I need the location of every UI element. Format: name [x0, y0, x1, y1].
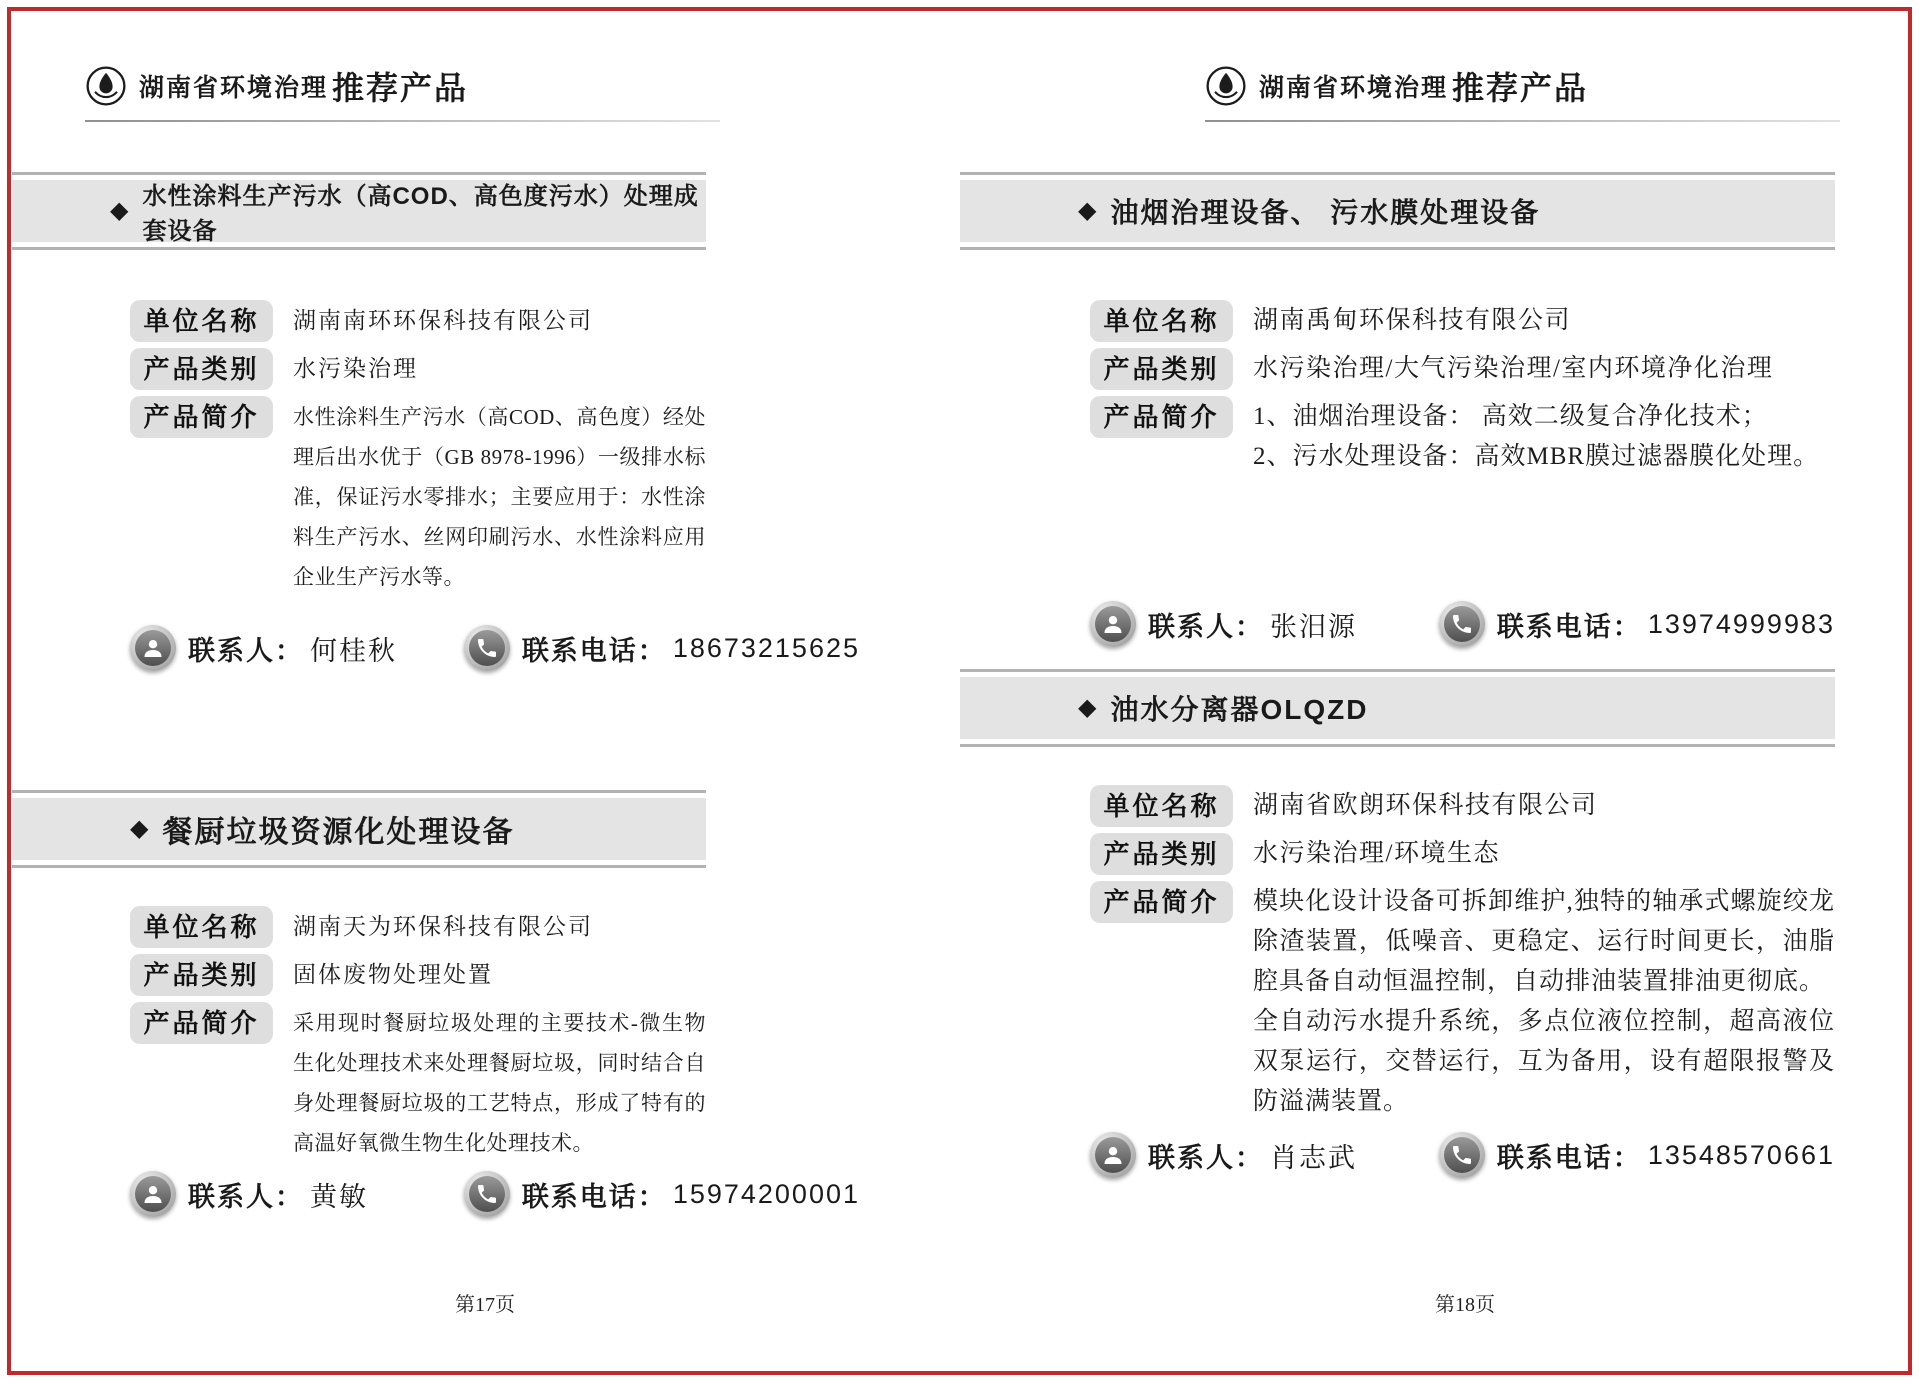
person-icon	[130, 625, 176, 671]
contact-row: 联系人： 张汨源 联系电话： 13974999983	[960, 601, 1835, 647]
field-label: 产品简介	[130, 396, 273, 438]
contact-name-label: 联系人：	[1148, 605, 1264, 644]
diamond-bullet-icon: ◆	[1078, 199, 1096, 223]
catalog-spread: 湖南省环境治理 推荐产品 湖南省环境治理 推荐产品 ◆ 水性涂料生产污水（高CO…	[0, 0, 1919, 1382]
field-label: 产品类别	[130, 954, 273, 996]
field-label: 单位名称	[130, 300, 273, 342]
contact-phone: 联系电话： 13548570661	[1439, 1132, 1835, 1178]
contact-person: 联系人： 何桂秋	[130, 625, 397, 671]
diamond-bullet-icon: ◆	[110, 199, 128, 223]
field-label: 单位名称	[1090, 300, 1233, 342]
field-value: 湖南南环环保科技有限公司	[293, 300, 593, 342]
field-label: 产品类别	[1090, 833, 1233, 875]
field-row-company: 单位名称 湖南天为环保科技有限公司	[130, 906, 706, 948]
field-value: 水污染治理	[293, 348, 418, 390]
field-value: 固体废物处理处置	[293, 954, 493, 996]
contact-phone: 联系电话： 13974999983	[1439, 601, 1835, 647]
product-section-waterborne-coating: ◆ 水性涂料生产污水（高COD、高色度污水）处理成套设备 单位名称 湖南南环环保…	[12, 180, 706, 671]
section-title-bar: ◆ 餐厨垃圾资源化处理设备	[12, 798, 706, 860]
diamond-bullet-icon: ◆	[130, 817, 148, 841]
contact-phone: 联系电话： 18673215625	[464, 625, 860, 671]
field-label: 产品类别	[130, 348, 273, 390]
phone-icon	[1439, 601, 1485, 647]
field-label: 产品类别	[1090, 348, 1233, 390]
field-row-intro: 产品简介 水性涂料生产污水（高COD、高色度）经处理后出水优于（GB 8978-…	[130, 396, 706, 597]
contact-name: 黄敏	[310, 1175, 368, 1214]
contact-name-label: 联系人：	[188, 1175, 304, 1214]
field-row-company: 单位名称 湖南禹甸环保科技有限公司	[1090, 300, 1835, 342]
contact-phone-number: 13974999983	[1648, 609, 1835, 640]
section-title: 水性涂料生产污水（高COD、高色度污水）处理成套设备	[142, 176, 706, 246]
contact-phone-number: 15974200001	[673, 1179, 860, 1210]
field-row-company: 单位名称 湖南南环环保科技有限公司	[130, 300, 706, 342]
contact-row: 联系人： 黄敏 联系电话： 15974200001	[12, 1171, 860, 1217]
field-label: 单位名称	[130, 906, 273, 948]
phone-icon	[1439, 1132, 1485, 1178]
header-right: 湖南省环境治理 推荐产品	[1205, 58, 1845, 114]
contact-phone-label: 联系电话：	[1497, 605, 1642, 644]
page-number-left: 第17页	[385, 1288, 585, 1317]
field-value: 模块化设计设备可拆卸维护,独特的轴承式螺旋绞龙除渣装置，低噪音、更稳定、运行时间…	[1253, 881, 1835, 1122]
contact-row: 联系人： 何桂秋 联系电话： 18673215625	[12, 625, 860, 671]
field-value: 水污染治理/大气污染治理/室内环境净化治理	[1253, 348, 1773, 390]
contact-phone-label: 联系电话：	[522, 1175, 667, 1214]
field-row-intro: 产品简介 采用现时餐厨垃圾处理的主要技术-微生物生化处理技术来处理餐厨垃圾，同时…	[130, 1002, 706, 1163]
person-icon	[1090, 601, 1136, 647]
field-row-category: 产品类别 水污染治理/大气污染治理/室内环境净化治理	[1090, 348, 1835, 390]
contact-phone-number: 18673215625	[673, 633, 860, 664]
contact-phone-label: 联系电话：	[522, 629, 667, 668]
header-title-prefix: 湖南省环境治理	[139, 68, 328, 104]
field-row-category: 产品类别 固体废物处理处置	[130, 954, 706, 996]
phone-icon	[464, 625, 510, 671]
contact-person: 联系人： 肖志武	[1090, 1132, 1357, 1178]
diamond-bullet-icon: ◆	[1078, 696, 1096, 720]
field-value: 采用现时餐厨垃圾处理的主要技术-微生物生化处理技术来处理餐厨垃圾，同时结合自身处…	[293, 1002, 706, 1163]
field-row-intro: 产品简介 1、油烟治理设备： 高效二级复合净化技术； 2、污水处理设备：高效MB…	[1090, 396, 1835, 477]
contact-name-label: 联系人：	[188, 629, 304, 668]
emblem-leaf-icon	[1205, 65, 1247, 107]
field-row-category: 产品类别 水污染治理/环境生态	[1090, 833, 1835, 875]
contact-name: 何桂秋	[310, 629, 397, 668]
contact-name: 张汨源	[1270, 605, 1357, 644]
contact-name-label: 联系人：	[1148, 1136, 1264, 1175]
field-value: 水性涂料生产污水（高COD、高色度）经处理后出水优于（GB 8978-1996）…	[293, 396, 706, 597]
product-section-oil-water-separator: ◆ 油水分离器OLQZD 单位名称 湖南省欧朗环保科技有限公司 产品类别 水污染…	[960, 669, 1835, 1178]
contact-name: 肖志武	[1270, 1136, 1357, 1175]
header-title-suffix: 推荐产品	[1452, 63, 1588, 109]
section-title: 餐厨垃圾资源化处理设备	[162, 807, 514, 851]
section-title-bar: ◆ 油水分离器OLQZD	[960, 677, 1835, 739]
section-title-bar: ◆ 油烟治理设备、 污水膜处理设备	[960, 180, 1835, 242]
field-value: 湖南天为环保科技有限公司	[293, 906, 593, 948]
contact-phone: 联系电话： 15974200001	[464, 1171, 860, 1217]
field-rows: 单位名称 湖南禹甸环保科技有限公司 产品类别 水污染治理/大气污染治理/室内环境…	[960, 300, 1835, 477]
field-value: 湖南省欧朗环保科技有限公司	[1253, 785, 1598, 827]
product-section-kitchen-waste: ◆ 餐厨垃圾资源化处理设备 单位名称 湖南天为环保科技有限公司 产品类别 固体废…	[12, 790, 706, 1217]
field-value: 水污染治理/环境生态	[1253, 833, 1500, 875]
field-rows: 单位名称 湖南省欧朗环保科技有限公司 产品类别 水污染治理/环境生态 产品简介 …	[960, 785, 1835, 1122]
section-title: 油水分离器OLQZD	[1110, 688, 1368, 728]
field-label: 产品简介	[1090, 881, 1233, 923]
section-title: 油烟治理设备、 污水膜处理设备	[1110, 191, 1540, 231]
header-left: 湖南省环境治理 推荐产品	[85, 58, 725, 114]
field-row-category: 产品类别 水污染治理	[130, 348, 706, 390]
field-label: 单位名称	[1090, 785, 1233, 827]
field-label: 产品简介	[1090, 396, 1233, 438]
section-title-bar: ◆ 水性涂料生产污水（高COD、高色度污水）处理成套设备	[12, 180, 706, 242]
field-rows: 单位名称 湖南南环环保科技有限公司 产品类别 水污染治理 产品简介 水性涂料生产…	[12, 300, 706, 597]
contact-person: 联系人： 黄敏	[130, 1171, 368, 1217]
field-row-company: 单位名称 湖南省欧朗环保科技有限公司	[1090, 785, 1835, 827]
field-label: 产品简介	[130, 1002, 273, 1044]
phone-icon	[464, 1171, 510, 1217]
field-rows: 单位名称 湖南天为环保科技有限公司 产品类别 固体废物处理处置 产品简介 采用现…	[12, 906, 706, 1163]
person-icon	[1090, 1132, 1136, 1178]
field-value: 1、油烟治理设备： 高效二级复合净化技术； 2、污水处理设备：高效MBR膜过滤器…	[1253, 396, 1835, 477]
field-row-intro: 产品简介 模块化设计设备可拆卸维护,独特的轴承式螺旋绞龙除渣装置，低噪音、更稳定…	[1090, 881, 1835, 1122]
field-value: 湖南禹甸环保科技有限公司	[1253, 300, 1571, 342]
person-icon	[130, 1171, 176, 1217]
contact-person: 联系人： 张汨源	[1090, 601, 1357, 647]
contact-row: 联系人： 肖志武 联系电话： 13548570661	[960, 1132, 1835, 1178]
product-section-fume-treatment: ◆ 油烟治理设备、 污水膜处理设备 单位名称 湖南禹甸环保科技有限公司 产品类别…	[960, 180, 1835, 647]
page-number-right: 第18页	[1365, 1288, 1565, 1317]
header-title-suffix: 推荐产品	[332, 63, 468, 109]
emblem-leaf-icon	[85, 65, 127, 107]
header-title-prefix: 湖南省环境治理	[1259, 68, 1448, 104]
contact-phone-label: 联系电话：	[1497, 1136, 1642, 1175]
contact-phone-number: 13548570661	[1648, 1140, 1835, 1171]
